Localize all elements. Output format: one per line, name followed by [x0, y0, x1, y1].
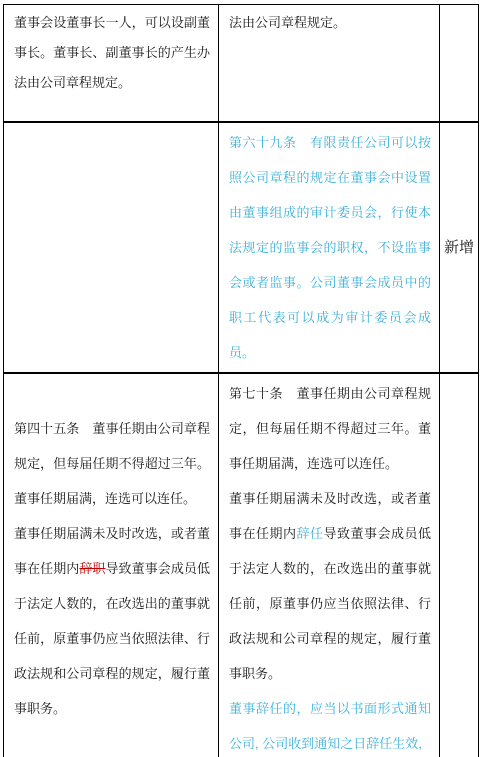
paragraph: 第七十条 董事任期由公司章程规定，但每届任期不得超过三年。董事任期届满，连选可以… — [229, 376, 431, 481]
old-law-cell: 第四十五条 董事任期由公司章程规定，但每届任期不得超过三年。董事任期届满，连选可… — [4, 373, 219, 757]
table-row: 第六十九条 有限责任公司可以按照公司章程的规定在董事会中设置由董事组成的审计委员… — [4, 122, 479, 373]
law-comparison-table: 董事会设董事长一人，可以设副董事长。董事长、副董事长的产生办法由公司章程规定。法… — [3, 4, 479, 757]
old-law-cell: 董事会设董事长一人，可以设副董事长。董事长、副董事长的产生办法由公司章程规定。 — [4, 5, 219, 122]
text-segment: 第七十条 董事任期由公司章程规定，但每届任期不得超过三年。董事任期届满，连选可以… — [229, 386, 431, 471]
paragraph: 董事辞任的，应当以书面形式通知公司, 公司收到通知之日辞任生效, — [229, 691, 431, 757]
new-law-cell: 第七十条 董事任期由公司章程规定，但每届任期不得超过三年。董事任期届满，连选可以… — [219, 373, 440, 757]
old-law-cell — [4, 122, 219, 373]
table-row: 董事会设董事长一人，可以设副董事长。董事长、副董事长的产生办法由公司章程规定。法… — [4, 5, 479, 122]
paragraph: 董事任期届满未及时改选，或者董事在任期内辞职导致董事会成员低于法定人数的，在改选… — [14, 516, 210, 726]
comparison-table-body: 董事会设董事长一人，可以设副董事长。董事长、副董事长的产生办法由公司章程规定。法… — [4, 5, 479, 757]
added-text-segment: 第六十九条 有限责任公司可以按照公司章程的规定在董事会中设置由董事组成的审计委员… — [229, 135, 431, 360]
table-row: 第四十五条 董事任期由公司章程规定，但每届任期不得超过三年。董事任期届满，连选可… — [4, 373, 479, 757]
new-law-cell: 法由公司章程规定。 — [219, 5, 440, 122]
remark-cell — [440, 373, 479, 757]
remark-cell — [440, 5, 479, 122]
removed-text-segment: 辞职 — [79, 561, 105, 576]
paragraph — [14, 376, 210, 411]
text-segment: 董事会设董事长一人，可以设副董事长。董事长、副董事长的产生办法由公司章程规定。 — [14, 15, 210, 90]
text-segment: 导致董事会成员低于法定人数的，在改选出的董事就任前，原董事仍应当依照法律、行政法… — [14, 561, 210, 716]
text-segment: 法由公司章程规定。 — [229, 15, 346, 30]
paragraph: 第四十五条 董事任期由公司章程规定，但每届任期不得超过三年。董事任期届满，连选可… — [14, 411, 210, 516]
added-text-segment: 董事辞任的，应当以书面形式通知公司, 公司收到通知之日辞任生效, — [229, 701, 431, 751]
paragraph: 法由公司章程规定。 — [229, 8, 431, 38]
remark-label: 新增 — [444, 239, 474, 256]
text-segment: 导致董事会成员低于法定人数的，在改选出的董事就任前，原董事仍应当依照法律、行政法… — [229, 526, 431, 681]
paragraph: 董事任期届满未及时改选，或者董事在任期内辞任导致董事会成员低于法定人数的，在改选… — [229, 481, 431, 691]
paragraph: 第六十九条 有限责任公司可以按照公司章程的规定在董事会中设置由董事组成的审计委员… — [229, 125, 431, 370]
remark-cell: 新增 — [440, 122, 479, 373]
added-text-segment: 辞任 — [296, 526, 323, 541]
text-segment: 第四十五条 董事任期由公司章程规定，但每届任期不得超过三年。董事任期届满，连选可… — [14, 421, 210, 506]
paragraph: 董事会设董事长一人，可以设副董事长。董事长、副董事长的产生办法由公司章程规定。 — [14, 8, 210, 98]
new-law-cell: 第六十九条 有限责任公司可以按照公司章程的规定在董事会中设置由董事组成的审计委员… — [219, 122, 440, 373]
